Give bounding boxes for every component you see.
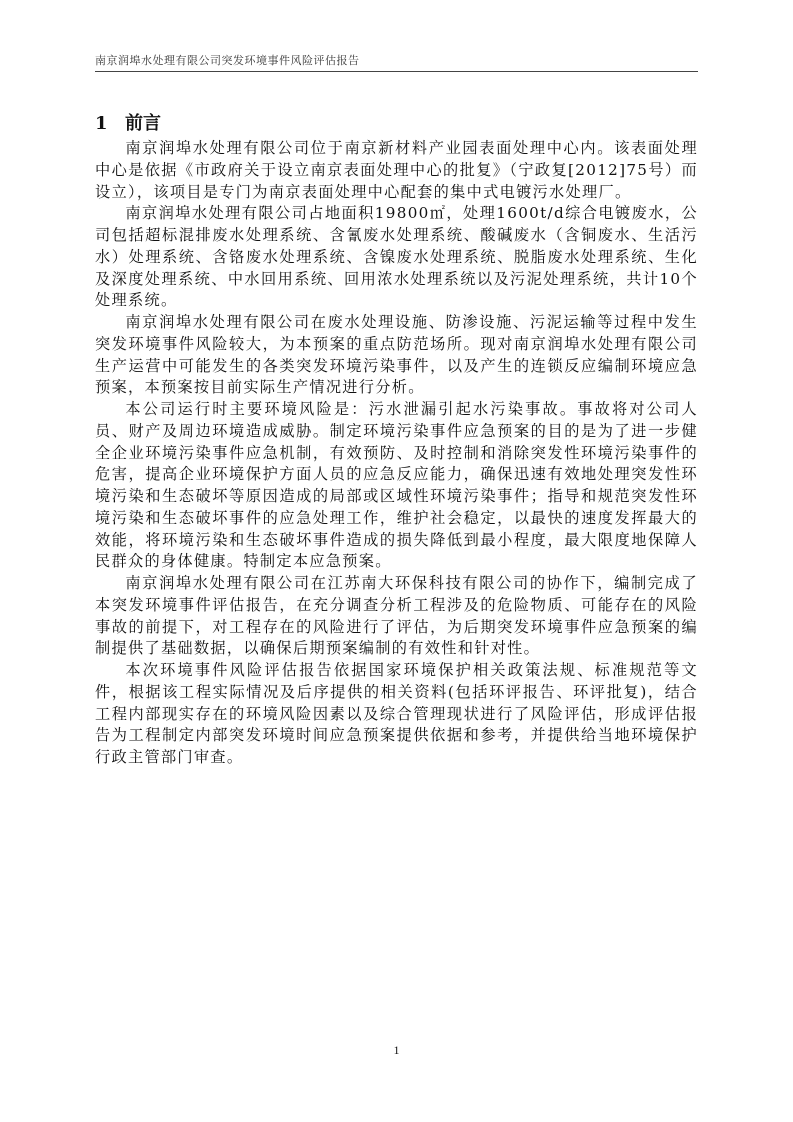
section-title: 1前言 bbox=[95, 112, 161, 136]
paragraph: 南京润埠水处理有限公司在江苏南大环保科技有限公司的协作下，编制完成了本突发环境事… bbox=[95, 573, 698, 660]
paragraph: 本次环境事件风险评估报告依据国家环境保护相关政策法规、标准规范等文件，根据该工程… bbox=[95, 660, 698, 769]
running-header: 南京润埠水处理有限公司突发环境事件风险评估报告 bbox=[95, 54, 698, 72]
page-number: 1 bbox=[0, 1043, 793, 1058]
section-title-text: 前言 bbox=[125, 113, 161, 134]
paragraph: 南京润埠水处理有限公司位于南京新材料产业园表面处理中心内。该表面处理中心是依据《… bbox=[95, 138, 698, 203]
paragraph: 南京润埠水处理有限公司在废水处理设施、防渗设施、污泥运输等过程中发生突发环境事件… bbox=[95, 312, 698, 399]
paragraph: 南京润埠水处理有限公司占地面积19800㎡，处理1600t/d综合电镀废水，公司… bbox=[95, 203, 698, 312]
section-number: 1 bbox=[95, 112, 125, 136]
body-text: 南京润埠水处理有限公司位于南京新材料产业园表面处理中心内。该表面处理中心是依据《… bbox=[95, 138, 698, 769]
paragraph: 本公司运行时主要环境风险是：污水泄漏引起水污染事故。事故将对公司人员、财产及周边… bbox=[95, 399, 698, 573]
